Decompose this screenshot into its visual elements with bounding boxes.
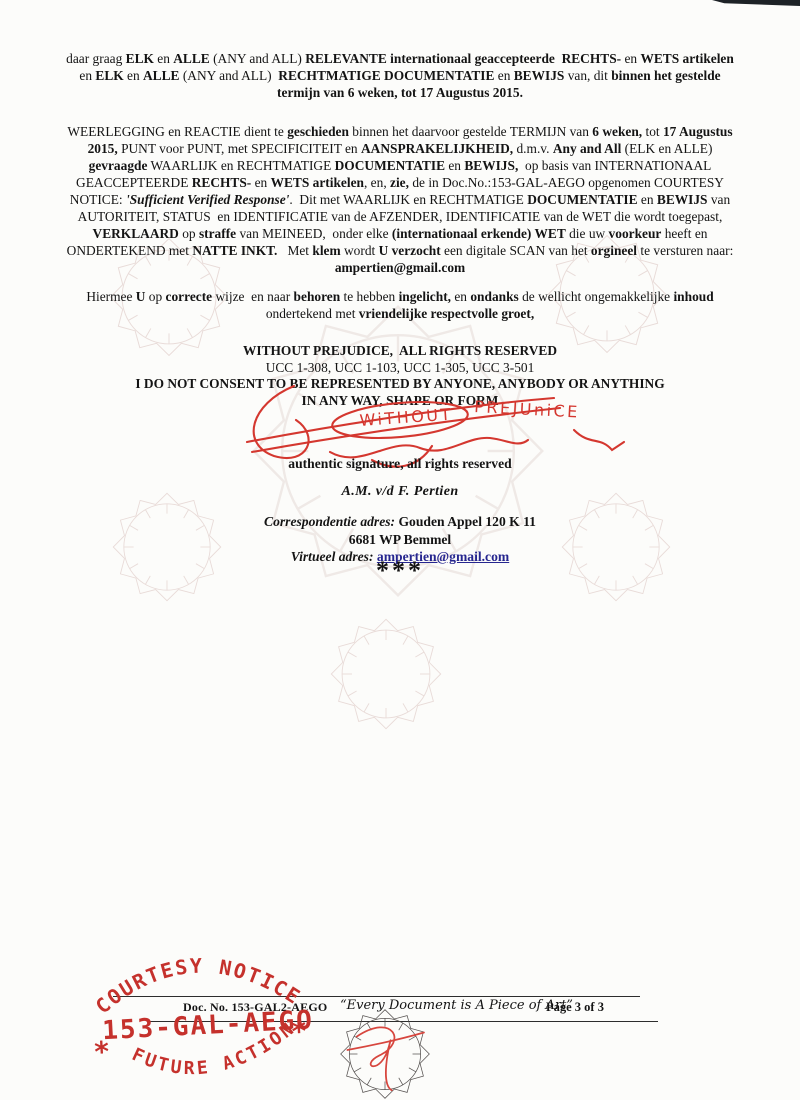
- text-line: gevraagde WAARLIJK en RECHTMATIGE DOCUME…: [50, 157, 750, 174]
- text-line: VERKLAARD op straffe van MEINEED, onder …: [50, 225, 750, 242]
- paragraph-rebuttal-terms: WEERLEGGING en REACTIE dient te geschied…: [50, 123, 750, 276]
- paragraph-closing: Hiermee U op correcte wijze en naar beho…: [50, 288, 750, 322]
- text-line: ampertien@gmail.com: [50, 259, 750, 276]
- correspondence-address-line: Correspondentie adres: Gouden Appel 120 …: [50, 513, 750, 531]
- end-of-document-stars: ***: [50, 556, 750, 586]
- text-line: en ELK en ALLE (ANY and ALL) RECHTMATIGE…: [50, 67, 750, 84]
- text-line: Hiermee U op correcte wijze en naar beho…: [50, 288, 750, 305]
- text-line: ondertekend met vriendelijke respectvoll…: [50, 305, 750, 322]
- text-line: AUTORITEIT, STATUS en IDENTIFICATIE van …: [50, 208, 750, 225]
- signature-caption: authentic signature, all rights reserved: [50, 456, 750, 472]
- text-line: 2015, PUNT voor PUNT, met SPECIFICITEIT …: [50, 140, 750, 157]
- paragraph-request: daar graag ELK en ALLE (ANY and ALL) REL…: [50, 50, 750, 101]
- stamp-asterisk-left: *: [93, 1035, 112, 1069]
- handwritten-word-prejudice: PREJUniCE: [474, 397, 581, 422]
- signatory-name: A.M. v/d F. Pertien: [50, 484, 750, 500]
- watermark-seal: [328, 616, 444, 732]
- text-line: daar graag ELK en ALLE (ANY and ALL) REL…: [50, 50, 750, 67]
- correspondence-address-label: Correspondentie adres:: [264, 514, 395, 529]
- postal-code-line: 6681 WP Bemmel: [50, 531, 750, 549]
- text-line: WITHOUT PREJUDICE, ALL RIGHTS RESERVED: [50, 343, 750, 360]
- signature-tail: [574, 430, 624, 450]
- text-line: NOTICE: 'Sufficient Verified Response'. …: [50, 191, 750, 208]
- emblem-red-scribble: [357, 1027, 395, 1090]
- footer-page-number: Page 3 of 3: [546, 1000, 604, 1015]
- text-line: UCC 1-308, UCC 1-103, UCC 1-305, UCC 3-5…: [50, 360, 750, 377]
- red-rubber-stamp: COURTESY NOTICE 153-GAL-AEGO FUTURE ACTI…: [82, 940, 324, 1100]
- signature-scribble: [330, 438, 528, 458]
- scan-artifact-edge: [712, 0, 800, 6]
- text-line: GEACCEPTEERDE RECHTS- en WETS artikelen,…: [50, 174, 750, 191]
- stamp-asterisk-right: *: [290, 1015, 309, 1049]
- text-line: termijn van 6 weken, tot 17 Augustus 201…: [50, 84, 750, 101]
- correspondence-address-value: Gouden Appel 120 K 11: [398, 514, 535, 529]
- footer-emblem-seal: [338, 1007, 432, 1100]
- text-line: ONDERTEKEND met NATTE INKT. Met klem wor…: [50, 242, 750, 259]
- handwritten-word-without: WiTHOUT: [359, 405, 453, 430]
- text-line: WEERLEGGING en REACTIE dient te geschied…: [50, 123, 750, 140]
- scanned-document-page: daar graag ELK en ALLE (ANY and ALL) REL…: [0, 0, 800, 1100]
